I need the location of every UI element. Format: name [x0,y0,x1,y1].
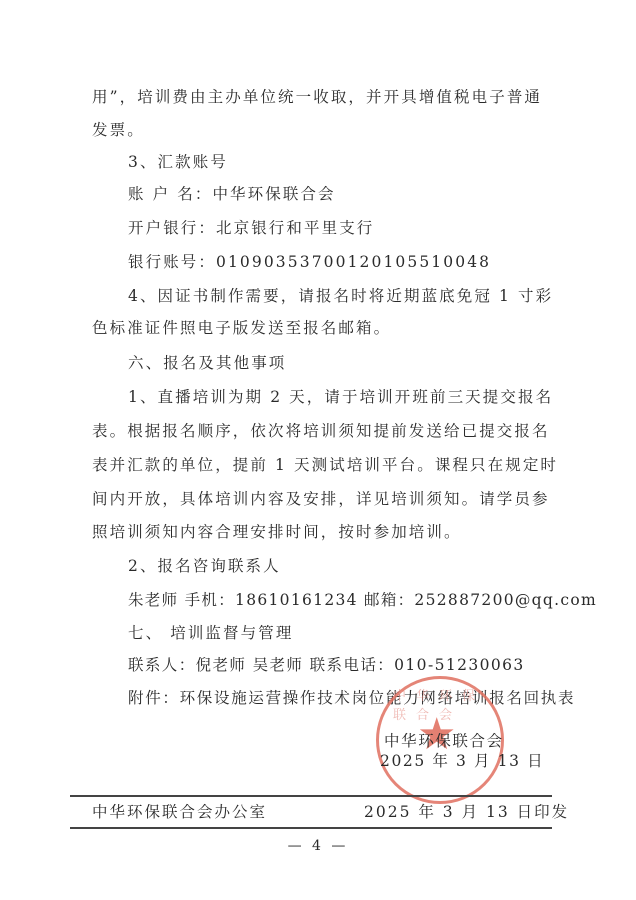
paragraph-line: 表。根据报名顺序，依次将培训须知提前发送给已提交报名 [92,421,550,441]
signature-organization: 中华环保联合会 [384,731,504,751]
footer-issuer: 中华环保联合会办公室 [92,800,267,822]
paragraph-line: 1、直播培训为期 2 天，请于培训开班前三天提交报名 [128,387,553,407]
paragraph-line: 发票。 [92,120,145,140]
paragraph-line: 间内开放，具体培训内容及安排，详见培训须知。请学员参 [92,489,550,509]
contact-line: 朱老师 手机：18610161234 邮箱：252887200@qq.com [128,590,597,610]
section-heading: 3、汇款账号 [128,152,228,172]
section-heading: 六、报名及其他事项 [128,353,286,373]
account-name: 账 户 名：中华环保联合会 [128,184,336,204]
footer-bottom-rule [70,827,552,829]
footer-top-rule [70,795,552,797]
signature-date: 2025 年 3 月 13 日 [380,751,544,771]
section-heading: 2、报名咨询联系人 [128,556,281,576]
attachment-line: 附件：环保设施运营操作技术岗位能力网络培训报名回执表 [128,688,575,708]
paragraph-line: 色标准证件照电子版发送至报名邮箱。 [92,318,391,338]
page-number: — 4 — [0,838,636,854]
footer-issue-date: 2025 年 3 月 13 日印发 [364,800,569,822]
paragraph-line: 用”，培训费由主办单位统一收取，并开具增值税电子普通 [92,87,542,107]
bank-account-number: 银行账号：01090353700120105510048 [128,252,491,272]
contact-line: 联系人：倪老师 吴老师 联系电话：010-51230063 [128,655,525,675]
paragraph-line: 4、因证书制作需要，请报名时将近期蓝底免冠 1 寸彩 [128,286,553,306]
paragraph-line: 照培训须知内容合理安排时间，按时参加培训。 [92,522,462,542]
bank-name: 开户银行：北京银行和平里支行 [128,218,374,238]
paragraph-line: 表并汇款的单位，提前 1 天测试培训平台。课程只在规定时 [92,455,558,475]
section-heading: 七、 培训监督与管理 [128,623,293,643]
